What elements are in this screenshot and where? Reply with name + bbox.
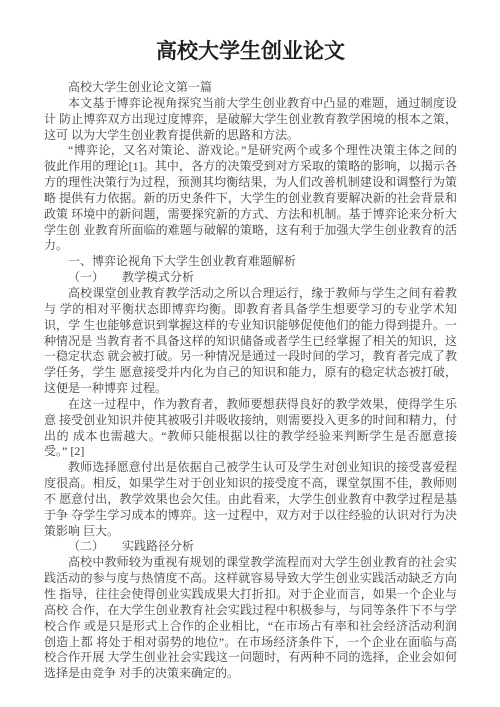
paragraph-teacher-cost: 在这一过程中，作为教育者，教师要想获得良好的教学效果，使得学生乐意 接受创业知识… <box>44 397 457 460</box>
paragraph-game-theory-intro: “博弈论，又名对策论、游戏论。”是研究两个或多个理性决策主体之间的 彼此作用的理… <box>44 143 457 254</box>
paragraph-abstract: 本文基于博弈论视角探究当前大学生创业教育中凸显的难题，通过制度设计 防止博弈双方… <box>44 96 457 144</box>
paragraph-teacher-choice: 教师选择愿意付出是依据自己被学生认可及学生对创业知识的接受喜爱程 度很高。相反，… <box>44 460 457 539</box>
subsection-heading-1-1: （一） 教学模式分析 <box>44 270 457 286</box>
paragraph-practice-path-analysis: 高校中教师较为重视有规划的课堂教学流程而对大学生创业教育的社会实 践活动的参与度… <box>44 555 457 682</box>
section-heading-1: 一、博弈论视角下大学生创业教育难题解析 <box>44 254 457 270</box>
paragraph-subtitle: 高校大学生创业论文第一篇 <box>44 80 457 96</box>
document-title: 高校大学生创业论文 <box>44 38 457 66</box>
paragraph-teaching-model-analysis: 高校课堂创业教育教学活动之所以合理运行，缘于教师与学生之间有着教与 学的相对平衡… <box>44 286 457 397</box>
subsection-heading-1-2: （二） 实践路径分析 <box>44 539 457 555</box>
document-page: 高校大学生创业论文 高校大学生创业论文第一篇 本文基于博弈论视角探究当前大学生创… <box>0 0 500 707</box>
